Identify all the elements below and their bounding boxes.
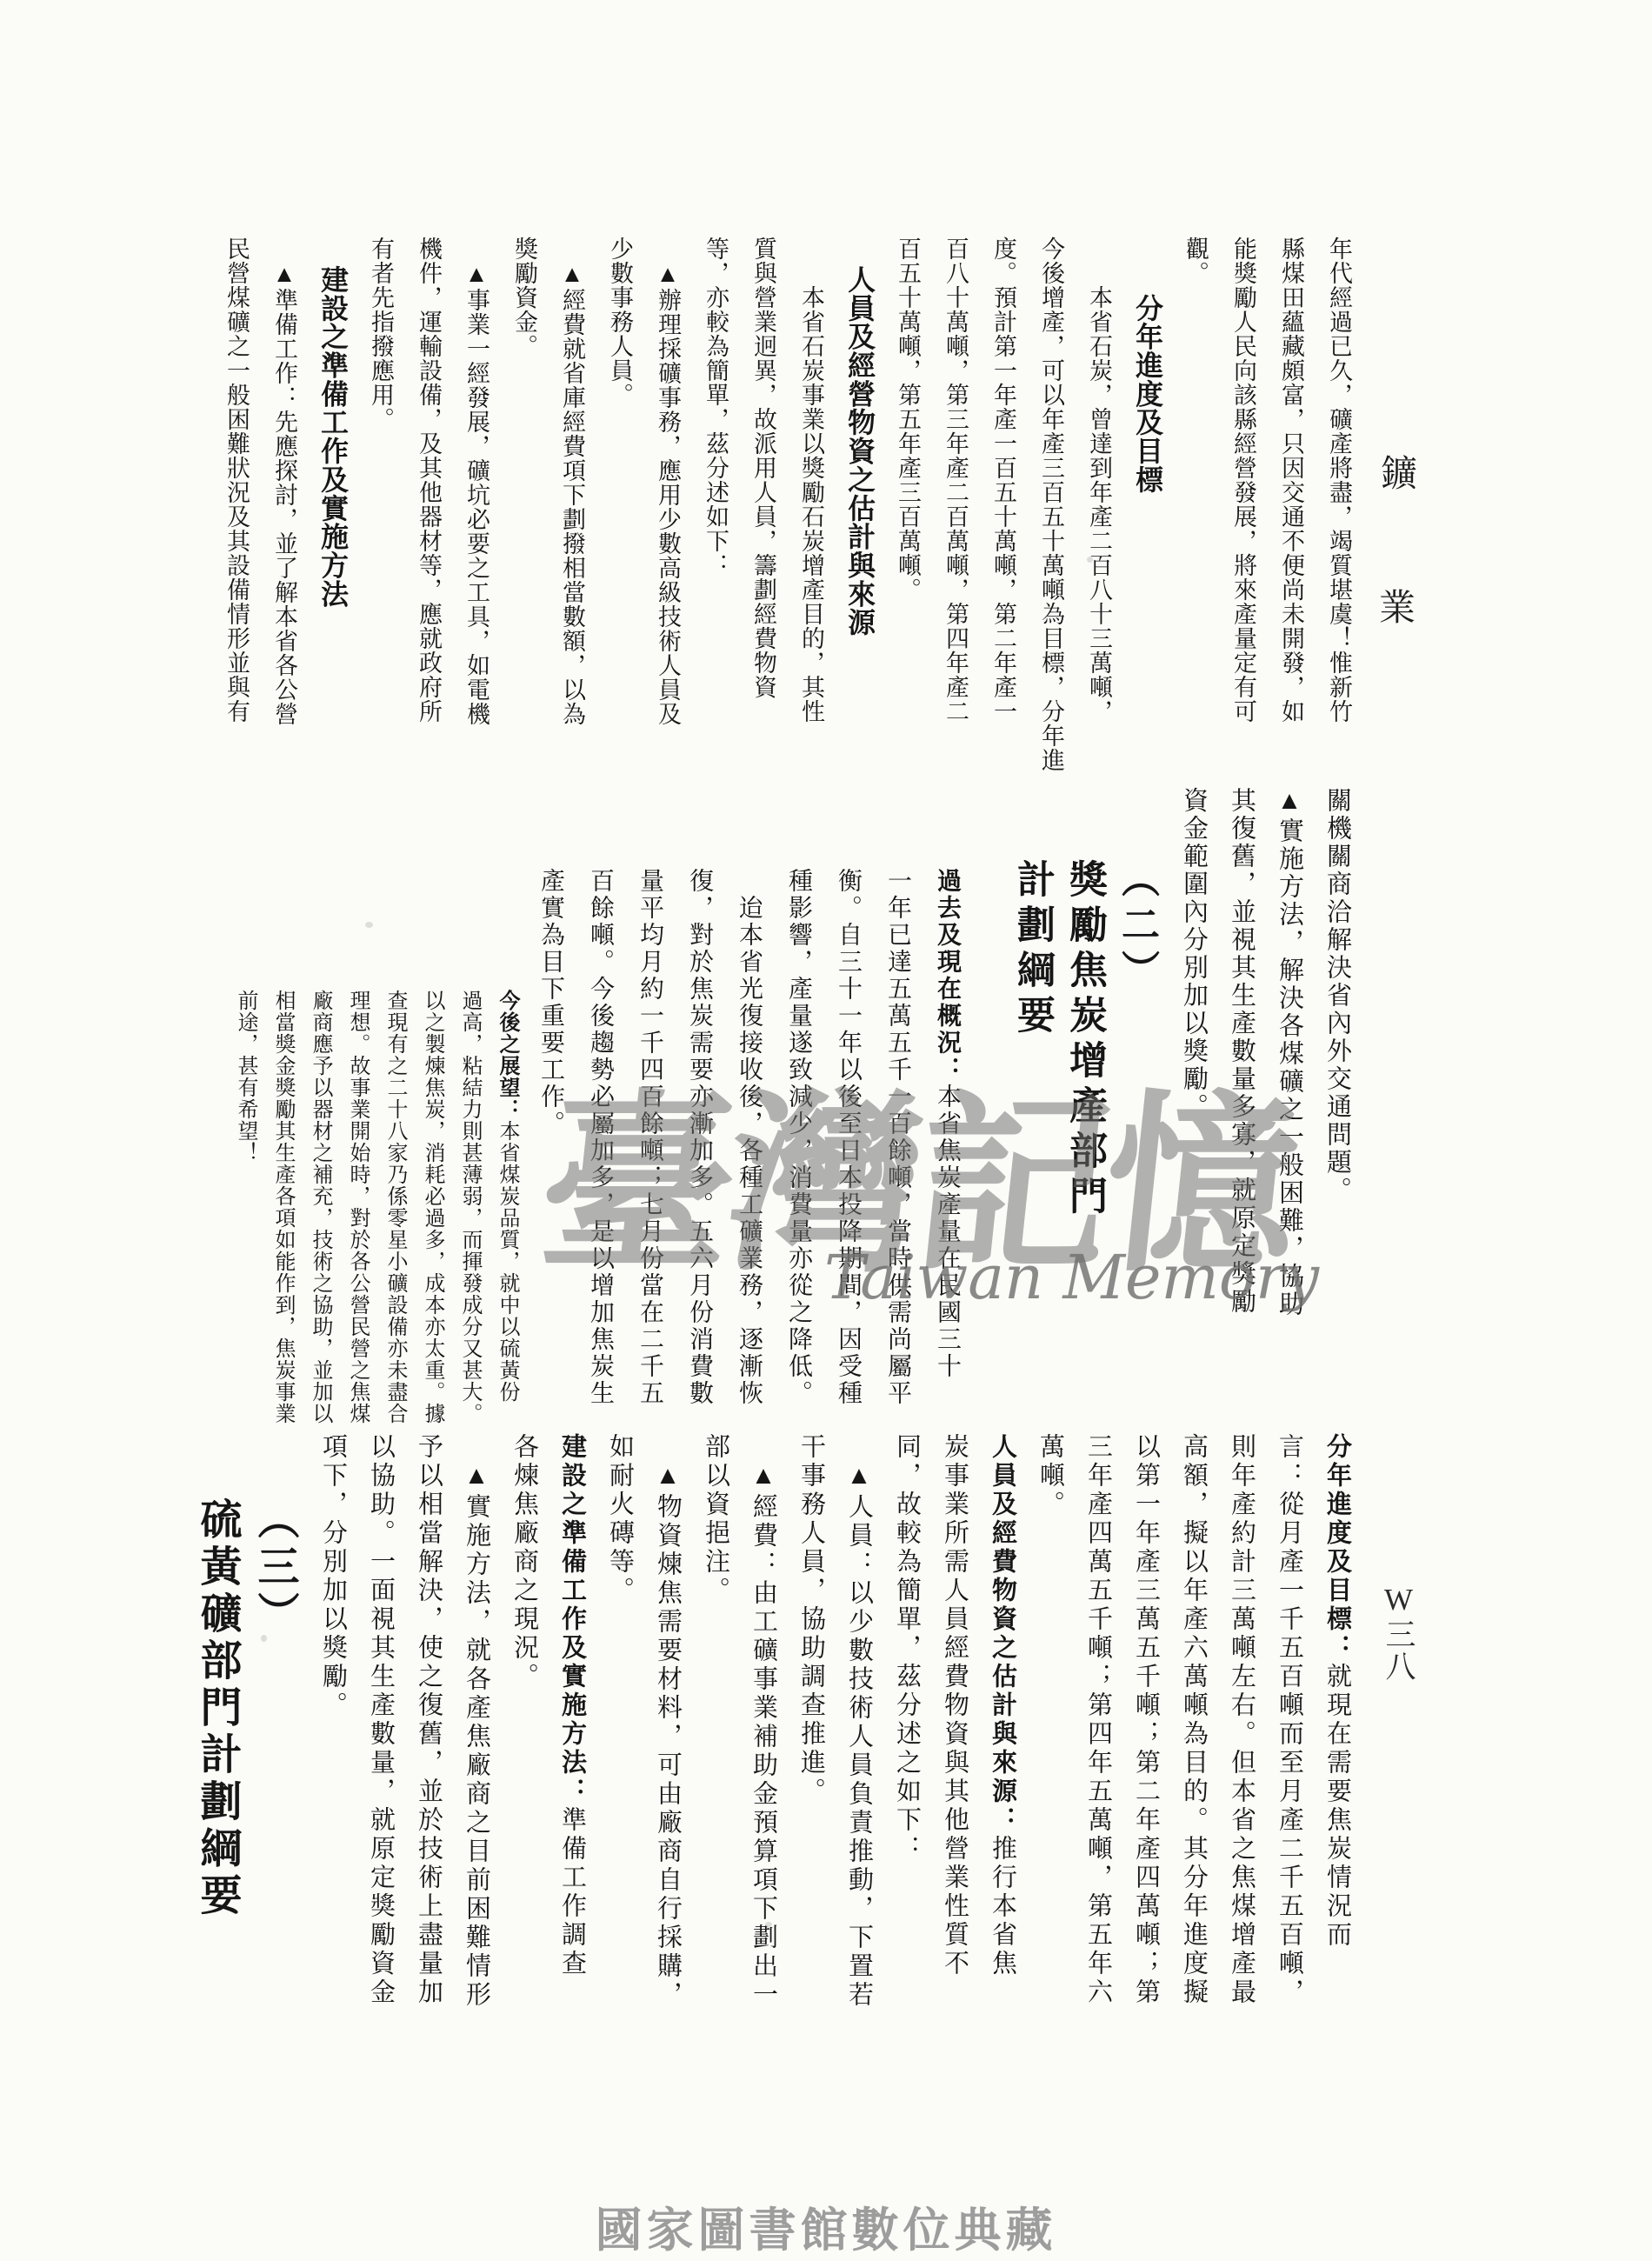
- text-run: 本省焦炭產量在民國三十: [934, 1084, 961, 1380]
- text-block-coal-plan: 年代經過已久，礦產將盡，竭質堪虞！惟新竹縣煤田蘊藏頗富，只因交通不便尚未開發，如…: [201, 237, 1362, 780]
- text-run: 萬噸。: [1036, 1433, 1064, 1519]
- text-run: 分年進度及目標: [1132, 237, 1162, 494]
- text-run: 本省煤炭品質，就中以硫黃份: [496, 1120, 518, 1403]
- margin-topic-char-mining: 鑛: [1381, 445, 1417, 497]
- section-title-line: 計劃綱要: [1011, 859, 1054, 1040]
- text-run: 推行本省焦: [989, 1835, 1016, 1978]
- text-run: 量平均月約一千四百餘噸；七月份當在二千五: [636, 868, 663, 1407]
- text-run: 種影響，產量遂致減少，消費量亦從之降低。: [785, 868, 812, 1407]
- text-run: 百餘噸。今後趨勢必屬加多，是以增加焦炭生: [587, 868, 614, 1407]
- scan-speck: [1087, 557, 1093, 563]
- section-title-line: 硫黃礦部門計劃綱要: [194, 1497, 240, 1920]
- text-block-coke-plan-details: 分年進度及目標：就現在需要焦炭情況而言：從月產一千五百噸而至月產二千五百噸，則年…: [307, 1433, 1361, 2113]
- text-run: 資金範圍內分別加以獎勵。: [1180, 787, 1208, 1121]
- text-run: 前途，甚有希望！: [234, 990, 256, 1164]
- text-block-coal-implementation: 關機關商洽解決省內外交通問題。▲實施方法，解決各煤礦之一般困難，協助其復舊，並視…: [1162, 787, 1361, 1411]
- scanned-document-page: 年代經過已久，礦產將盡，竭質堪虞！惟新竹縣煤田蘊藏頗富，只因交通不便尚未開發，如…: [0, 0, 1652, 2261]
- library-digital-archive-caption: 國家圖書館數位典藏: [596, 2193, 1057, 2260]
- text-run: 今後之展望：: [496, 990, 518, 1120]
- text-run: 今後增產，可以年產三百五十萬噸為目標，分年進: [1038, 237, 1064, 772]
- text-run: 一年已達五萬五千一百餘噸，當時供需尚屬平: [884, 868, 911, 1407]
- text-run: 言：從月產一千五百噸而至月產二千五百噸，: [1276, 1433, 1303, 2007]
- text-run: 少數事務人員。: [607, 237, 633, 407]
- text-run: 如耐火磚等。: [606, 1433, 634, 1605]
- text-run: 分年進度及目標：: [1323, 1433, 1351, 1663]
- text-run: 等，亦較為簡單，茲分述如下：: [703, 237, 729, 577]
- text-run: 部以資挹注。: [702, 1433, 729, 1605]
- text-block-coke-outlook: 今後之展望：本省煤炭品質，就中以硫黃份過高，粘結力則甚薄弱，而揮發成分又甚大。以…: [223, 990, 525, 1452]
- text-run: 理想。故事業開始時，對於各公營民營之焦煤: [346, 990, 369, 1424]
- text-run: 建設之準備工作及實施方法: [317, 237, 348, 608]
- text-run: ▲經費：由工礦事業補助金預算項下劃出一: [749, 1433, 777, 2010]
- text-run: 各煉焦廠商之現況。: [510, 1433, 538, 1691]
- text-run: ▲實施方法，就各產焦廠商之目前困難情形: [463, 1433, 490, 2010]
- text-run: 衡。自三十一年以後至日本投降期間，因受種: [835, 868, 862, 1407]
- text-run: 其復舊，並視其生產數量多寡，就原定獎勵: [1228, 787, 1256, 1316]
- section-header-sulphur-dept: （三） 硫黃礦部門計劃綱要: [179, 1497, 303, 2041]
- text-run: 百五十萬噸，第五年產三百萬噸。: [895, 237, 921, 602]
- text-run: 民營煤礦之一般困難狀況及其設備情形並與有: [223, 237, 250, 724]
- text-run: ▲事業一經發展，礦坑必要之工具，如電機: [463, 237, 490, 726]
- scan-speck: [765, 1922, 772, 1927]
- text-run: 則年產約計三萬噸左右。但本省之焦煤增產最: [1228, 1433, 1256, 2007]
- text-run: ▲物資煉焦需要材料，可由廠商自行採購，: [654, 1433, 682, 2010]
- text-run: 本省石炭，曾達到年產二百八十三萬噸，: [1086, 237, 1112, 724]
- page-number-marker: W三八: [1378, 1583, 1418, 1683]
- text-run: ▲辦理採礦事務，應用少數高級技術人員及: [655, 237, 681, 726]
- text-run: 關機關商洽解決省內外交通問題。: [1323, 787, 1351, 1204]
- section-title-line: 獎勵焦炭增產部門: [1063, 859, 1106, 1221]
- text-run: 查現有之二十八家乃係零星小礦設備亦未盡合: [383, 990, 406, 1424]
- scan-speck: [365, 922, 373, 928]
- text-run: 百八十萬噸，第三年產二百萬噸，第四年產二: [943, 237, 969, 724]
- text-run: 復，對於焦炭需要亦漸加多。五六月份消費數: [686, 868, 713, 1407]
- text-run: 縣煤田蘊藏頗富，只因交通不便尚未開發，如: [1278, 237, 1304, 724]
- text-run: 就現在需要焦炭情況而: [1323, 1663, 1351, 1950]
- text-run: 獎勵資金。: [511, 237, 537, 358]
- text-run: 年代經過已久，礦產將盡，竭質堪虞！惟新竹: [1326, 237, 1352, 724]
- text-run: 有者先指撥應用。: [368, 237, 394, 431]
- text-run: 以協助。一面視其生產數量，就原定獎勵資金: [367, 1433, 395, 2007]
- text-run: 能獎勵人民向該縣經營發展，將來產量定有可: [1230, 237, 1256, 724]
- text-run: 質與營業迥異，故派用人員，籌劃經費物資: [750, 237, 776, 699]
- text-run: 準備工作調查: [558, 1806, 586, 1978]
- text-run: 產實為目下重要工作。: [537, 868, 564, 1137]
- text-run: 廠商應予以器材之補充，技術之協助，並加以: [309, 990, 331, 1424]
- text-run: 同，故較為簡單，茲分述之如下：: [893, 1433, 921, 1864]
- section-header-coke-dept: （二） 獎勵焦炭增產部門 計劃綱要: [1001, 859, 1162, 1346]
- text-run: 人員及經營物資之估計與來源: [844, 237, 875, 637]
- text-run: 炭事業所需人員經費物資與其他營業性質不: [941, 1433, 969, 1978]
- text-run: 高額，擬以年產六萬噸為目的。其分年進度擬: [1180, 1433, 1208, 2007]
- text-run: ▲經費就省庫經費項下劃撥相當數額，以為: [559, 237, 585, 726]
- text-run: 觀。: [1182, 237, 1209, 285]
- scan-speck: [261, 1635, 267, 1642]
- text-run: 過高，粘結力則甚薄弱，而揮發成分又甚大。: [458, 990, 481, 1424]
- text-run: 人員及經費物資之估計與來源：: [989, 1433, 1016, 1835]
- text-run: 機件，運輸設備，及其他器材等，應就政府所: [416, 237, 442, 724]
- text-run: 干事務人員，協助調查推進。: [797, 1433, 825, 1806]
- text-run: 予以相當解決，使之復舊，並於技術上盡量加: [415, 1433, 443, 2007]
- margin-topic-char-industry: 業: [1379, 579, 1416, 631]
- text-run: ▲人員：以少數技術人員負責推動，下置若: [845, 1433, 873, 2010]
- text-run: 度。預計第一年產一百五十萬噸，第二年產一: [990, 237, 1016, 724]
- text-run: 相當獎金獎勵其生產各項如能作到，焦炭事業: [271, 990, 294, 1424]
- text-run: 過去及現在概況：: [934, 868, 961, 1084]
- text-run: 建設之準備工作及實施方法：: [558, 1433, 586, 1806]
- text-run: 三年產四萬五千噸；第四年五萬噸，第五年六: [1084, 1433, 1112, 2007]
- section-number: （二）: [1116, 859, 1158, 995]
- text-run: ▲實施方法，解決各煤礦之一般困難，協助: [1276, 787, 1303, 1318]
- text-run: 以之製煉焦炭，消耗必過多，成本亦太重。據: [421, 990, 443, 1424]
- section-number: （三）: [251, 1497, 297, 1638]
- text-run: 以第一年產三萬五千噸；第二年產四萬噸；第: [1132, 1433, 1160, 2007]
- text-run: 項下，分別加以獎勵。: [319, 1433, 347, 1720]
- text-run: 迨本省光復接收後，各種工礦業務，逐漸恢: [736, 868, 763, 1407]
- text-run: 本省石炭事業以獎勵石炭增產目的，其性: [798, 237, 824, 724]
- text-block-coke-past-present: 過去及現在概況：本省焦炭產量在民國三十一年已達五萬五千一百餘噸，當時供需尚屬平衡…: [522, 868, 972, 1452]
- text-run: ▲準備工作：先應探討，並了解本省各公營: [271, 237, 297, 726]
